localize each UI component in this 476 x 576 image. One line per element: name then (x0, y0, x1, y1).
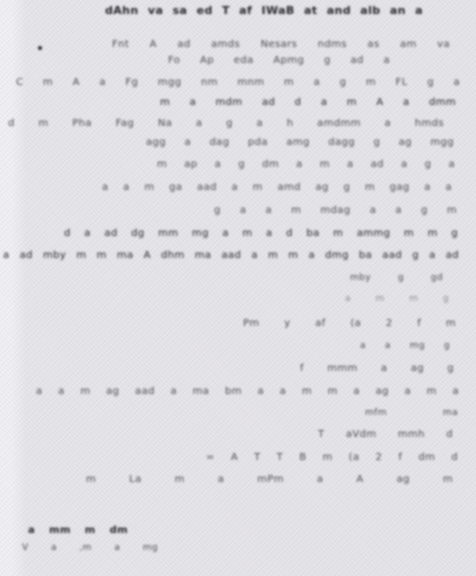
illegible-text-line: agg a dag pda amg dagg g ag mgg (146, 138, 454, 148)
document-title-line: dAhn va sa ed T af IWaB at and alb an a (105, 5, 423, 16)
illegible-text-line: a a m ag aad a ma bm a a m m a ag a m a (36, 387, 459, 397)
illegible-text-line: d a ad dg mm mg a m a d ba m ammg m m g (64, 229, 458, 239)
illegible-text-line: m a mdm ad d a m A a dmm (160, 98, 456, 108)
illegible-text-line: Pm y af (a 2 f m (243, 319, 456, 329)
signature-line-below: V a ,m a mg (22, 544, 158, 553)
illegible-text-line: a a m ga aad a m amd ag g m gag a a (102, 183, 452, 193)
scanned-document-page: dAhn va sa ed T af IWaB at and alb an a … (0, 0, 476, 576)
illegible-text-line: = A T T B m (a 2 f dm d (206, 453, 458, 463)
illegible-text-line: g a a m mdag a a g m (214, 206, 457, 216)
illegible-text-line: m La m a mPm a A ag m (86, 475, 453, 485)
signature-line: a mm m dm (28, 526, 128, 536)
illegible-text-line: a a mg g (360, 342, 450, 351)
illegible-text-line: f mmm a ag g (300, 364, 454, 374)
illegible-text-line: m ap a g dm a m a ad a g a (157, 160, 455, 170)
illegible-text-line: Fnt A ad amds Nesars ndms as am va (112, 40, 450, 50)
illegible-text-line: mby g gd (350, 274, 443, 283)
illegible-text-line: a m m g (345, 295, 449, 304)
illegible-text-line: Fo Ap eda Apmg g ad a (168, 56, 390, 66)
illegible-text-line: C m A a Fg mgg nm mnm m a g m FL g a (16, 78, 460, 88)
bullet-dot (38, 46, 42, 50)
illegible-text-line: d m Pha Fag Na a g a h amdmm a hmds (8, 119, 444, 129)
illegible-text-line: T aVdm mmh d (318, 430, 453, 440)
illegible-text-line: mfm ma (365, 409, 458, 418)
illegible-text-line: a ad mby m m ma A dhm ma aad a m m a dmg… (3, 251, 459, 261)
